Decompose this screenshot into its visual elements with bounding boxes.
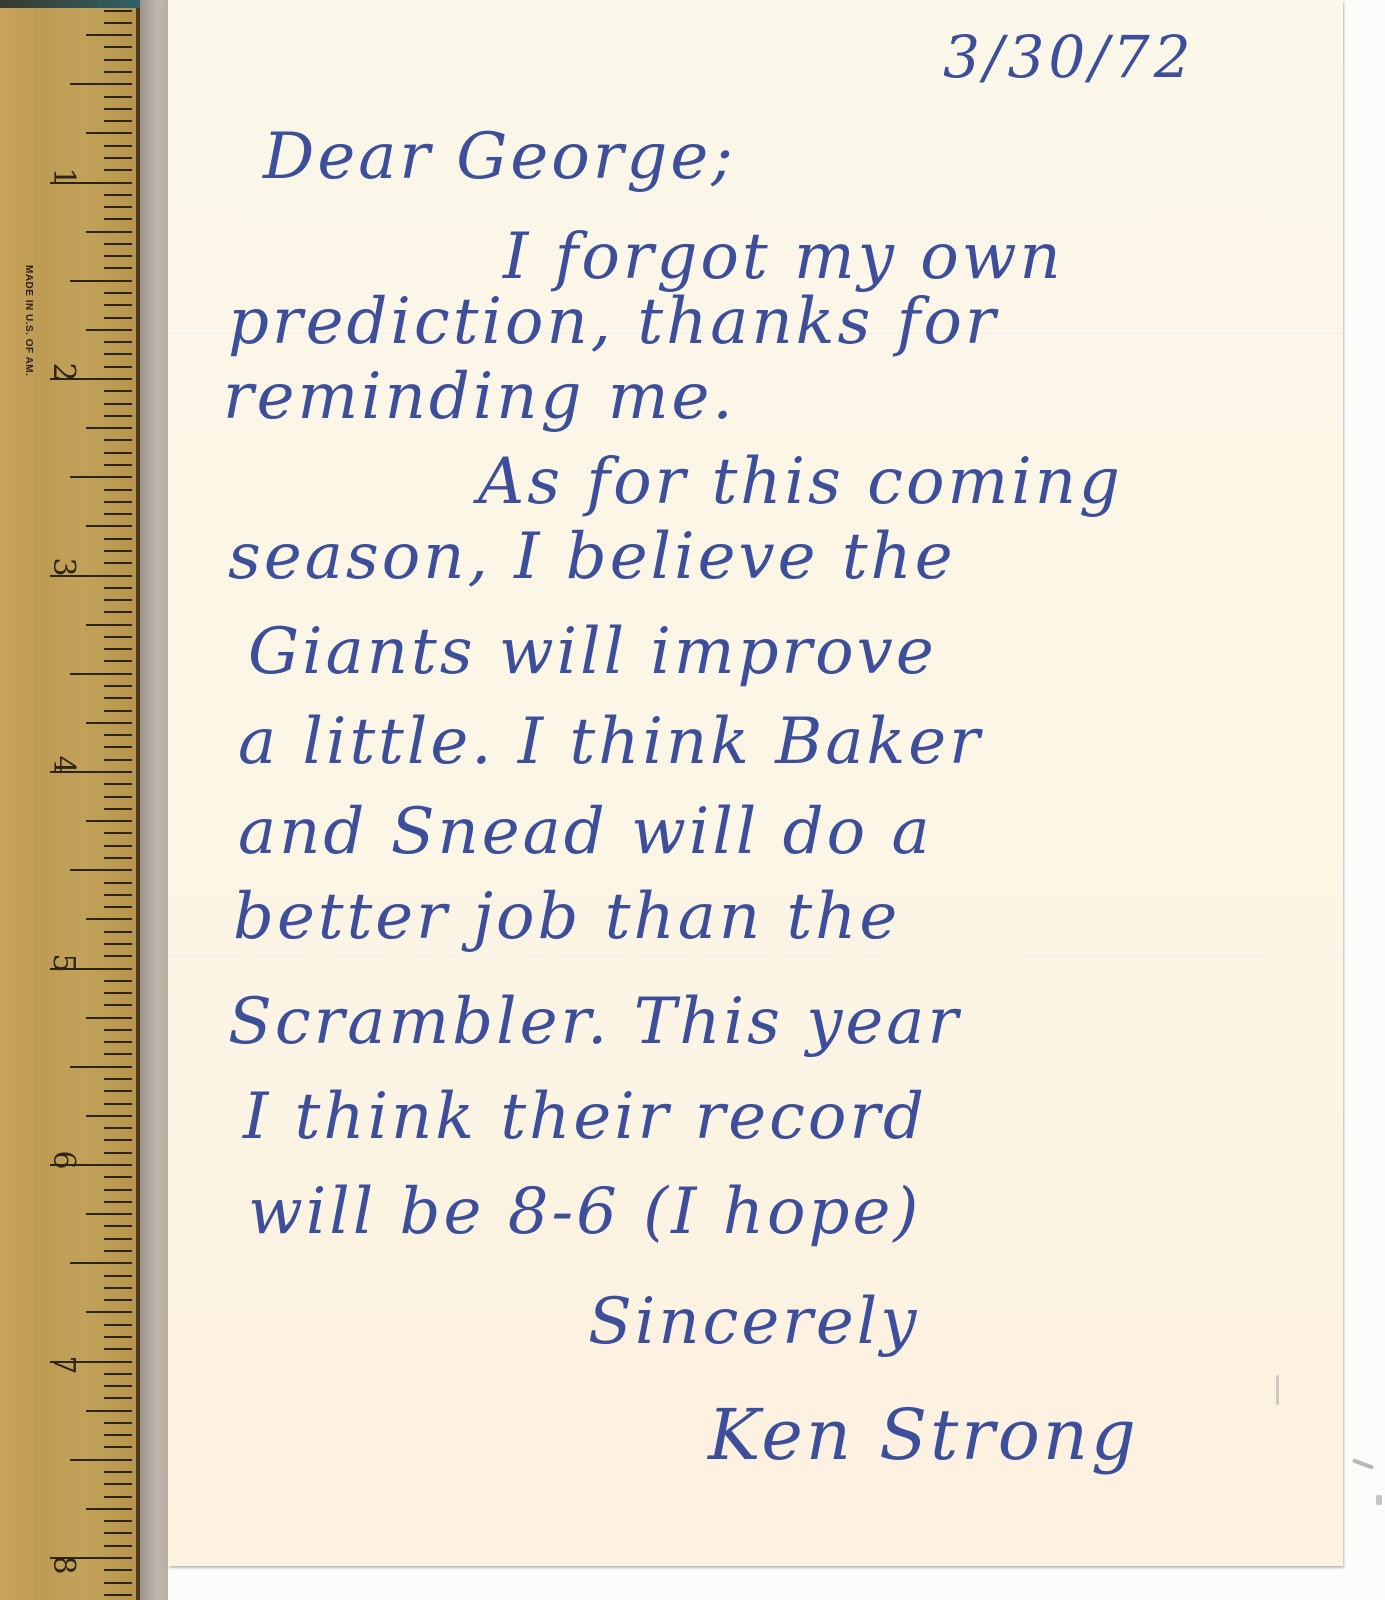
ruler-inch-8: 8 (48, 1550, 78, 1580)
ruler-tick (70, 83, 132, 85)
ruler-tick (86, 722, 132, 724)
ruler-tick (104, 1373, 132, 1375)
ruler-tick (104, 145, 132, 147)
ruler-tick (104, 931, 132, 933)
ruler-tick (104, 1201, 132, 1203)
ruler-tick (70, 1262, 132, 1264)
ruler-tick (104, 1434, 132, 1436)
ruler-tick (86, 1410, 132, 1412)
ruler-tick (104, 1029, 132, 1031)
ruler-tick (86, 820, 132, 822)
wooden-ruler: MADE IN U.S. OF AM. 1 2 3 4 5 6 7 8 (0, 0, 140, 1600)
ruler-tick (50, 771, 132, 773)
ruler-tick (50, 1361, 132, 1363)
ruler-inch-3: 3 (48, 552, 78, 582)
ruler-tick (104, 157, 132, 159)
ruler-tick (104, 501, 132, 503)
ruler-tick (104, 1532, 132, 1534)
ruler-tick (104, 1152, 132, 1154)
ruler-tick (70, 1066, 132, 1068)
ruler-inch-6: 6 (48, 1145, 78, 1175)
ruler-tick (104, 341, 132, 343)
ruler-tick (104, 1041, 132, 1043)
ruler-tick (70, 869, 132, 871)
ruler-tick (104, 894, 132, 896)
fold-line-lower (168, 955, 1343, 957)
ruler-tick (104, 292, 132, 294)
ruler-tick (104, 783, 132, 785)
ruler-tick (104, 599, 132, 601)
ruler-tick (104, 1127, 132, 1129)
ruler-tick (104, 218, 132, 220)
ruler-tick (50, 1557, 132, 1559)
ruler-tick (104, 636, 132, 638)
ruler-tick (86, 34, 132, 36)
ruler-tick (50, 968, 132, 970)
paper-speck (1276, 1375, 1279, 1405)
ruler-tick (104, 390, 132, 392)
ruler-tick (104, 403, 132, 405)
ruler-inch-7: 7 (48, 1350, 78, 1380)
ruler-tick (104, 96, 132, 98)
ruler-tick (50, 182, 132, 184)
ruler-tick (104, 464, 132, 466)
ruler-tick (104, 46, 132, 48)
ruler-tick (104, 71, 132, 73)
ruler-tick (104, 562, 132, 564)
ruler-tick (86, 525, 132, 527)
scan-debris (1376, 1495, 1382, 1505)
ruler-tick (104, 206, 132, 208)
ruler-tick (104, 1385, 132, 1387)
ruler-tick (104, 1275, 132, 1277)
ruler-tick (104, 1139, 132, 1141)
ruler-tick (70, 476, 132, 478)
ruler-tick (104, 120, 132, 122)
ruler-tick (86, 132, 132, 134)
ruler-tick (104, 1569, 132, 1571)
letter-line: better job than the (233, 885, 900, 949)
ruler-tick (104, 1103, 132, 1105)
ruler-tick (104, 108, 132, 110)
ruler-paper-gap (140, 0, 168, 1600)
ruler-tick (104, 366, 132, 368)
ruler-tick (104, 1250, 132, 1252)
ruler-tick (104, 943, 132, 945)
ruler-tick (104, 685, 132, 687)
ruler-tick (104, 1422, 132, 1424)
letter-line: a little. I think Baker (238, 710, 983, 774)
ruler-tick (104, 746, 132, 748)
ruler-tick (50, 1164, 132, 1166)
ruler-tick (104, 1496, 132, 1498)
ruler-tick (104, 857, 132, 859)
ruler-tick (104, 10, 132, 12)
letter-date: 3/30/72 (943, 28, 1195, 86)
ruler-tick (104, 415, 132, 417)
ruler-tick (86, 329, 132, 331)
ruler-tick (86, 427, 132, 429)
ruler-tick (104, 710, 132, 712)
ruler-tick (104, 267, 132, 269)
ruler-imprint: MADE IN U.S. OF AM. (23, 265, 34, 376)
ruler-tick (104, 1189, 132, 1191)
ruler-tick (86, 624, 132, 626)
letter-paper: 3/30/72 Dear George; I forgot my own pre… (168, 0, 1343, 1566)
letter-line: season, I believe the (228, 525, 956, 589)
ruler-tick (104, 243, 132, 245)
letter-salutation: Dear George; (263, 125, 736, 189)
ruler-tick (104, 1238, 132, 1240)
ruler-tick (104, 832, 132, 834)
ruler-tick (104, 317, 132, 319)
ruler-inch-1: 1 (48, 162, 78, 192)
letter-line: will be 8-6 (I hope) (248, 1180, 921, 1244)
letter-line: I forgot my own (503, 225, 1064, 289)
ruler-tick (104, 304, 132, 306)
letter-line: prediction, thanks for (228, 290, 998, 354)
letter-signature: Ken Strong (708, 1400, 1139, 1470)
ruler-tick (104, 759, 132, 761)
letter-closing: Sincerely (588, 1290, 919, 1354)
letter-line: and Snead will do a (238, 800, 933, 864)
ruler-tick (104, 439, 132, 441)
ruler-tick (104, 1053, 132, 1055)
ruler-tick (104, 538, 132, 540)
ruler-tick (104, 648, 132, 650)
ruler-tick (50, 378, 132, 380)
ruler-tick (104, 734, 132, 736)
ruler-tick (104, 906, 132, 908)
ruler-tick (86, 1115, 132, 1117)
ruler-tick (50, 575, 132, 577)
letter-line: As for this coming (478, 450, 1123, 514)
ruler-tick (104, 796, 132, 798)
ruler-tick (104, 1594, 132, 1596)
ruler-tick (104, 353, 132, 355)
ruler-tick (104, 194, 132, 196)
ruler-tick (104, 255, 132, 257)
ruler-tick (104, 169, 132, 171)
ruler-tick (104, 1090, 132, 1092)
ruler-tick (104, 1397, 132, 1399)
ruler-tick (104, 980, 132, 982)
letter-line: Scrambler. This year (228, 990, 961, 1054)
ruler-tick (104, 1545, 132, 1547)
ruler-tick (70, 673, 132, 675)
ruler-tick (104, 489, 132, 491)
ruler-tick (104, 845, 132, 847)
ruler-tick (104, 1582, 132, 1584)
ruler-tick (104, 587, 132, 589)
ruler-tick (104, 882, 132, 884)
ruler-tick (70, 280, 132, 282)
ruler-tick (104, 22, 132, 24)
ruler-tick (104, 550, 132, 552)
ruler-tick (104, 452, 132, 454)
ruler-tick (86, 918, 132, 920)
ruler-tick (104, 1446, 132, 1448)
ruler-tick (104, 1225, 132, 1227)
ruler-tick (86, 1017, 132, 1019)
ruler-tick (104, 992, 132, 994)
ruler-tick (104, 1520, 132, 1522)
ruler-tick (104, 1348, 132, 1350)
ruler-inch-5: 5 (48, 948, 78, 978)
ruler-tick (104, 611, 132, 613)
ruler-tick (104, 1336, 132, 1338)
ruler-tick (104, 808, 132, 810)
ruler-tick (104, 955, 132, 957)
letter-line: Giants will improve (248, 620, 937, 684)
ruler-tick (104, 660, 132, 662)
letter-line: I think their record (243, 1085, 927, 1149)
ruler-tick (104, 1004, 132, 1006)
ruler-tick (104, 1078, 132, 1080)
ruler-tick (70, 1459, 132, 1461)
ruler-tick (104, 1324, 132, 1326)
ruler-tick (86, 1213, 132, 1215)
ruler-inch-4: 4 (48, 750, 78, 780)
ruler-tick (104, 1287, 132, 1289)
ruler-tick (104, 1176, 132, 1178)
letter-line: reminding me. (223, 365, 736, 429)
ruler-tick (104, 1483, 132, 1485)
ruler-tick (86, 231, 132, 233)
ruler-tick (104, 59, 132, 61)
ruler-tick (86, 1311, 132, 1313)
ruler-tick (104, 513, 132, 515)
ruler-inch-2: 2 (48, 357, 78, 387)
ruler-tick (104, 1299, 132, 1301)
ruler-tick (86, 1508, 132, 1510)
ruler-tick (104, 697, 132, 699)
ruler-tick (104, 1471, 132, 1473)
